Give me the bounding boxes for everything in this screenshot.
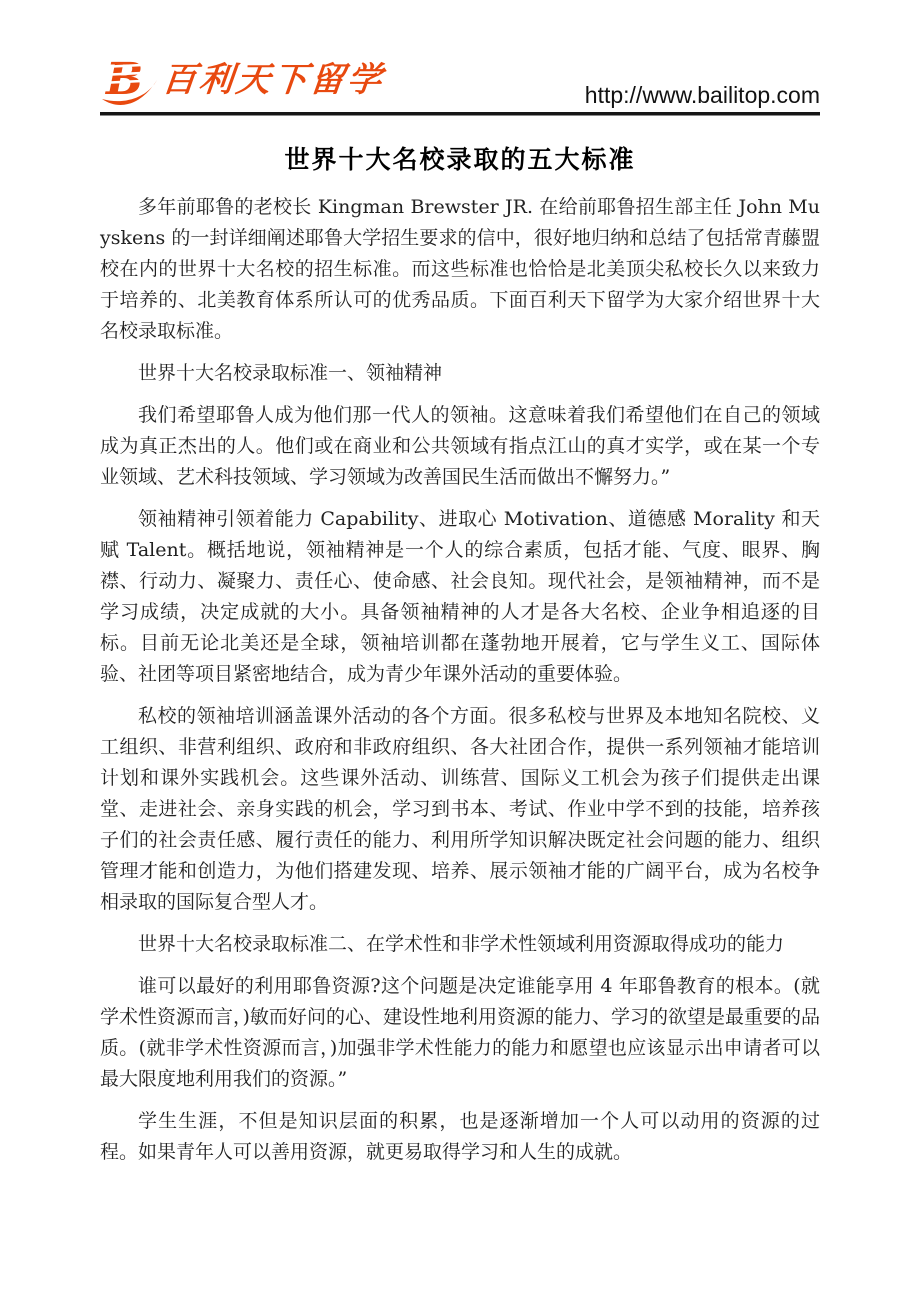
article-body: 世界十大名校录取的五大标准 多年前耶鲁的老校长 Kingman Brewster… xyxy=(100,140,820,1168)
page-header: B 百利天下留学 http://www.bailitop.com xyxy=(100,46,820,110)
site-url-link[interactable]: http://www.bailitop.com xyxy=(585,84,820,110)
bailitop-logo: B 百利天下留学 xyxy=(100,54,384,110)
intro-paragraph: 多年前耶鲁的老校长 Kingman Brewster JR. 在给前耶鲁招生部主… xyxy=(100,192,820,347)
bailitop-b-swoosh-icon: B xyxy=(100,54,158,110)
header-divider xyxy=(100,112,820,116)
article-title: 世界十大名校录取的五大标准 xyxy=(100,140,820,176)
paragraph: 学生生涯，不但是知识层面的积累，也是逐渐增加一个人可以动用的资源的过程。如果青年… xyxy=(100,1106,820,1168)
paragraph: 领袖精神引领着能力 Capability、进取心 Motivation、道德感 … xyxy=(100,504,820,690)
section-heading-criterion-2: 世界十大名校录取标准二、在学术性和非学术性领域利用资源取得成功的能力 xyxy=(100,929,820,960)
paragraph: 谁可以最好的利用耶鲁资源?这个问题是决定谁能享用 4 年耶鲁教育的根本。(就学术… xyxy=(100,971,820,1095)
section-heading-criterion-1: 世界十大名校录取标准一、领袖精神 xyxy=(100,358,820,389)
bailitop-logo-text: 百利天下留学 xyxy=(160,63,386,101)
paragraph: 我们希望耶鲁人成为他们那一代人的领袖。这意味着我们希望他们在自己的领域成为真正杰… xyxy=(100,400,820,493)
paragraph: 私校的领袖培训涵盖课外活动的各个方面。很多私校与世界及本地知名院校、义工组织、非… xyxy=(100,701,820,918)
document-page: B 百利天下留学 http://www.bailitop.com 世界十大名校录… xyxy=(0,0,920,1168)
